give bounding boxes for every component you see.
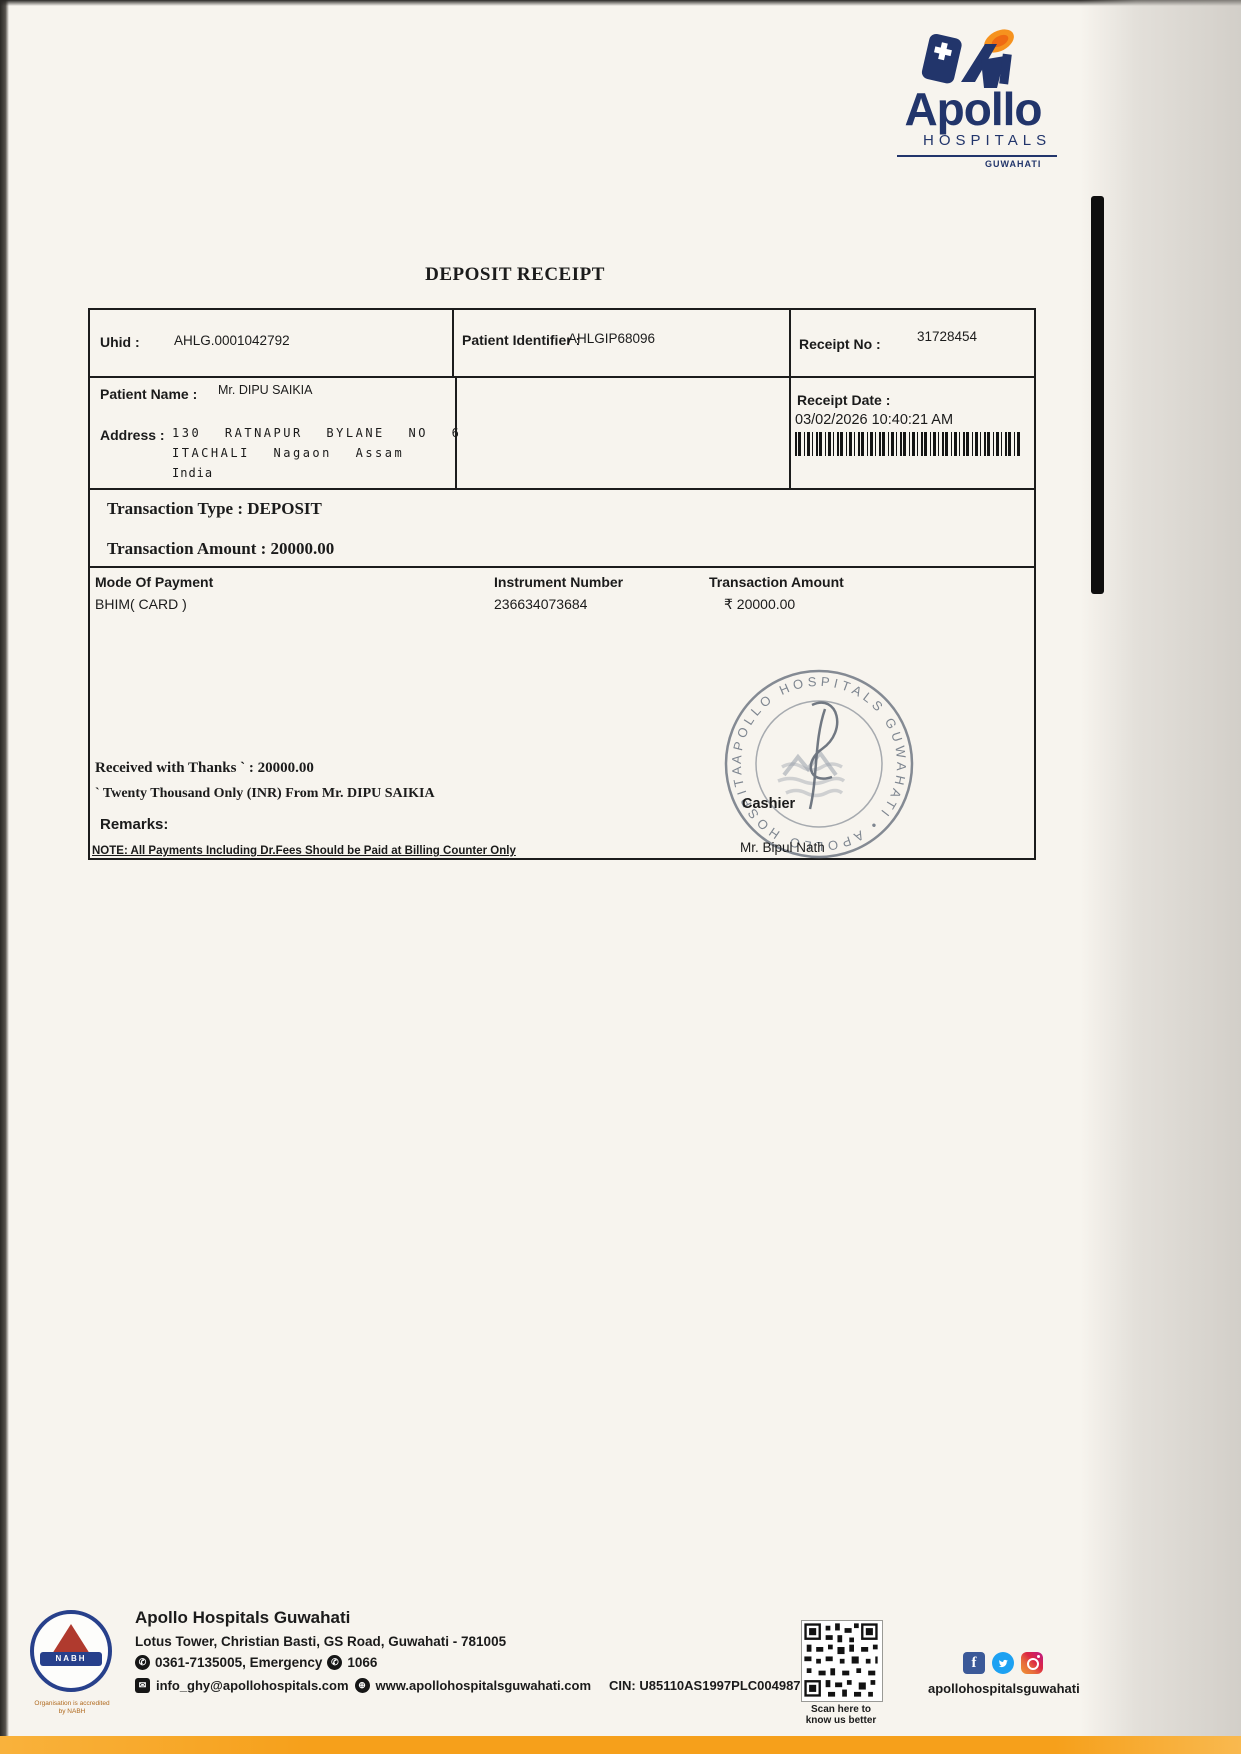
table-line xyxy=(90,566,1034,568)
remarks-label: Remarks: xyxy=(100,816,168,833)
table-line xyxy=(452,310,454,376)
logo-word-text: HOSPITALS xyxy=(923,132,1051,149)
payment-mode-value: BHIM( CARD ) xyxy=(95,596,187,612)
nabh-logo: NABH xyxy=(30,1610,112,1692)
footer-email: info_ghy@apollohospitals.com xyxy=(156,1678,349,1693)
scan-edge-left xyxy=(0,0,9,1754)
received-with-thanks-line: Received with Thanks ` : 20000.00 xyxy=(95,760,314,777)
stamp-arc-text: APOLLO HOSPITALS GUWAHATI • APOLLO HOSPI… xyxy=(712,657,909,854)
receipt-no-label: Receipt No : xyxy=(799,336,881,352)
footer-phone: 0361-7135005, Emergency xyxy=(155,1655,322,1670)
email-icon: ✉ xyxy=(135,1678,150,1693)
table-line xyxy=(90,376,1034,378)
qr-pattern-icon xyxy=(802,1621,880,1699)
uhid-value: AHLG.0001042792 xyxy=(174,333,290,348)
scan-edge-right xyxy=(1080,0,1241,1754)
qr-code xyxy=(801,1620,883,1702)
payment-header-mode: Mode Of Payment xyxy=(95,574,213,590)
patient-identifier-label: Patient Identifier : xyxy=(462,332,580,348)
logo-city-text: GUWAHATI xyxy=(985,159,1041,169)
footer-hospital-name: Apollo Hospitals Guwahati xyxy=(135,1608,350,1628)
qr-caption-line1: Scan here to xyxy=(811,1704,871,1715)
qr-caption-line2: know us better xyxy=(806,1715,877,1726)
transaction-type-line: Transaction Type : DEPOSIT xyxy=(107,499,322,519)
receipt-no-value: 31728454 xyxy=(917,329,977,344)
patient-identifier-value: AHLGIP68096 xyxy=(568,331,655,346)
phone-icon: ✆ xyxy=(327,1655,342,1670)
apollo-logo: Apollo HOSPITALS GUWAHATI xyxy=(893,24,1073,174)
nabh-caption-line2: by NABH xyxy=(59,1708,86,1715)
amount-in-words-line: ` Twenty Thousand Only (INR) From Mr. DI… xyxy=(95,786,435,802)
receipt-barcode xyxy=(795,432,1020,456)
svg-text:APOLLO HOSPITALS GUWAHATI • AP: APOLLO HOSPITALS GUWAHATI • APOLLO HOSPI… xyxy=(712,657,909,854)
receipt-date-label: Receipt Date : xyxy=(797,392,890,408)
table-line xyxy=(789,310,791,376)
nabh-emblem-icon xyxy=(52,1624,90,1654)
twitter-icon xyxy=(992,1652,1014,1674)
globe-icon: ⊕ xyxy=(355,1678,370,1693)
payment-instrument-value: 236634073684 xyxy=(494,596,587,612)
payment-header-instrument: Instrument Number xyxy=(494,574,623,590)
uhid-label: Uhid : xyxy=(100,334,140,350)
patient-name-value: Mr. DIPU SAIKIA xyxy=(218,383,312,397)
scan-artifact-strip xyxy=(1091,196,1104,594)
nabh-caption: Organisation is accredited by NABH xyxy=(22,1700,122,1716)
footer-cin: CIN: U85110AS1997PLC004987 xyxy=(609,1678,801,1693)
payments-note: NOTE: All Payments Including Dr.Fees Sho… xyxy=(92,845,516,857)
cashier-name: Mr. Bipul Nath xyxy=(740,840,825,855)
instagram-icon xyxy=(1021,1652,1043,1674)
patient-name-label: Patient Name : xyxy=(100,386,197,402)
footer-orange-bar xyxy=(0,1736,1241,1754)
payment-header-amount: Transaction Amount xyxy=(709,574,844,590)
qr-caption: Scan here to know us better xyxy=(791,1704,891,1726)
payment-amount-value: ₹ 20000.00 xyxy=(724,596,795,613)
logo-divider xyxy=(897,155,1057,157)
address-line-1: 130 RATNAPUR BYLANE NO 6 xyxy=(172,423,461,443)
social-handle: apollohospitalsguwahati xyxy=(928,1681,1080,1696)
address-label: Address : xyxy=(100,427,165,443)
nabh-caption-line1: Organisation is accredited xyxy=(34,1700,109,1707)
footer-emergency: 1066 xyxy=(347,1655,377,1670)
transaction-amount-line: Transaction Amount : 20000.00 xyxy=(107,539,334,559)
nabh-text: NABH xyxy=(40,1652,102,1666)
facebook-icon: f xyxy=(963,1652,985,1674)
footer-phone-row: ✆ 0361-7135005, Emergency ✆ 1066 xyxy=(135,1655,377,1670)
table-line xyxy=(90,488,1034,490)
receipt-date-value: 03/02/2026 10:40:21 AM xyxy=(795,412,953,428)
footer-contact-row: ✉ info_ghy@apollohospitals.com ⊕ www.apo… xyxy=(135,1678,801,1693)
social-icons: f xyxy=(963,1652,1043,1674)
page-title: DEPOSIT RECEIPT xyxy=(300,264,730,286)
table-line xyxy=(789,376,791,488)
receipt-table: Uhid : AHLG.0001042792 Patient Identifie… xyxy=(88,308,1036,860)
cashier-label: Cashier xyxy=(742,796,795,812)
footer-website: www.apollohospitalsguwahati.com xyxy=(376,1678,591,1693)
logo-brand-text: Apollo xyxy=(893,82,1053,136)
scan-edge-top xyxy=(0,0,1241,6)
address-line-2: ITACHALI Nagaon Assam xyxy=(172,443,404,463)
phone-icon: ✆ xyxy=(135,1655,150,1670)
footer-hospital-address: Lotus Tower, Christian Basti, GS Road, G… xyxy=(135,1634,506,1649)
scanned-deposit-receipt: Apollo HOSPITALS GUWAHATI DEPOSIT RECEIP… xyxy=(0,0,1241,1754)
address-line-3: India xyxy=(172,463,213,483)
